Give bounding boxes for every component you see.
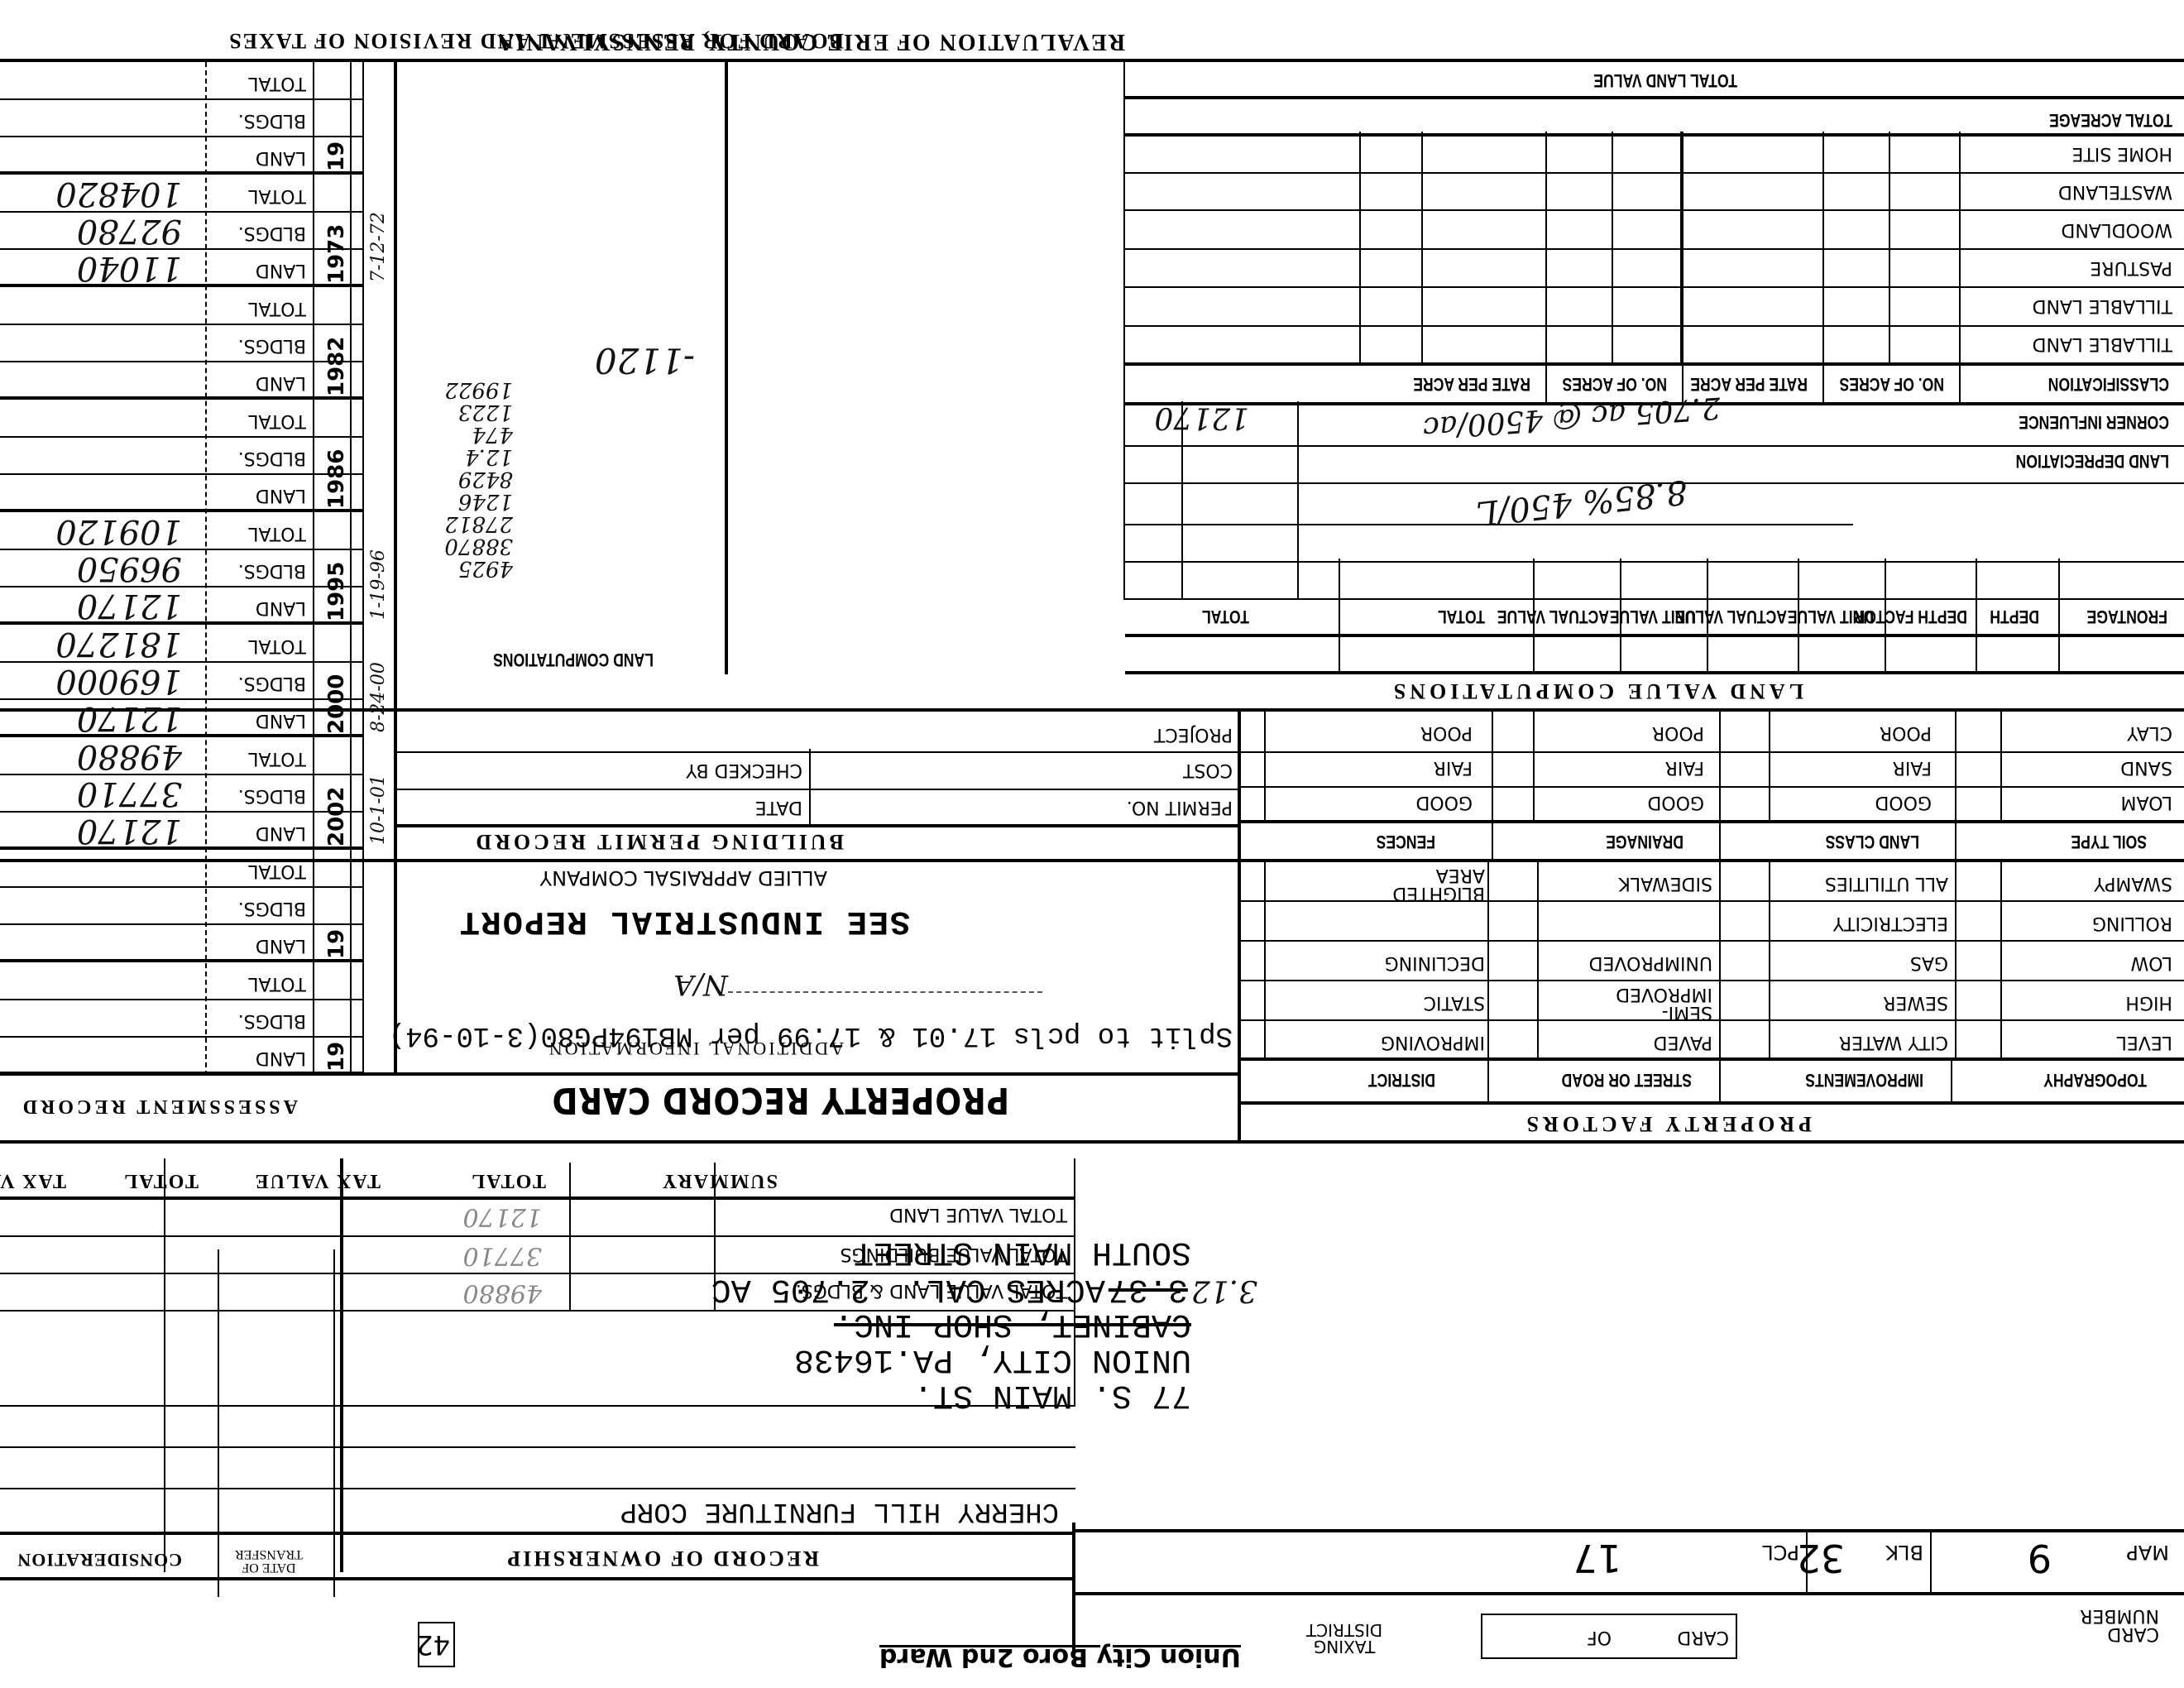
assessment-year: 1982: [324, 337, 349, 396]
address-line-2: 3.12 3.37 ACRES CAL. 2.705 AC: [711, 1270, 1257, 1307]
no-of-acres-header-1: NO. OF ACRES: [1840, 373, 1944, 395]
assessment-row-label-bldgs: BLDGS.: [238, 335, 306, 356]
drainage-header: DRAINAGE: [1606, 831, 1683, 852]
district-blighted-area: BLIGHTED AREA: [1369, 866, 1485, 902]
assessment-row-label-land: LAND: [256, 935, 306, 956]
see-industrial-report-stamp: SEE INDUSTRIAL REPORT: [458, 902, 910, 939]
pcl-label: PCL: [1762, 1541, 1799, 1564]
row-pasture: PASTURE: [2090, 257, 2172, 278]
assessment-value-land: 12170: [77, 587, 182, 625]
summary-row-land: TOTAL VALUE LAND: [889, 1204, 1067, 1225]
land-computations-title: LAND COMPUTATIONS: [493, 649, 654, 670]
assessment-row-label-land: LAND: [256, 260, 306, 281]
street-sidewalk: SIDEWALK: [1618, 873, 1712, 894]
district-improving: IMPROVING: [1381, 1032, 1485, 1053]
col-actual-value-2: ACTUAL VALUE: [1497, 606, 1609, 627]
project-label: PROJECT: [1154, 724, 1233, 745]
taxing-district-value: Union City Boro 2nd Ward: [879, 1642, 1241, 1671]
topo-swampy: SWAMPY: [2094, 873, 2172, 894]
assessment-value-land: 12170: [77, 812, 182, 850]
summary-val-land: 12170: [463, 1202, 542, 1231]
assessment-row-label-total: TOTAL: [248, 523, 306, 544]
hw-land-total: 12170: [1154, 400, 1249, 434]
assessment-value-land: 11040: [77, 249, 182, 287]
summary-val-land-bldgs: 49880: [463, 1278, 542, 1307]
card-label: CARD: [1677, 1627, 1729, 1647]
assessment-row-label-land: LAND: [256, 1048, 306, 1068]
assessment-row-label-total: TOTAL: [248, 73, 306, 94]
consideration-label: CONSIDERATION: [17, 1549, 182, 1571]
assessment-value-bldgs: 92780: [77, 212, 182, 250]
district-code-box: 42: [418, 1622, 455, 1667]
assessment-row-label-bldgs: BLDGS.: [238, 110, 306, 131]
assessment-record-title: ASSESSMENT RECORD: [20, 1095, 298, 1117]
assessment-row-label-land: LAND: [256, 822, 306, 843]
imp-sewer: SEWER: [1883, 992, 1948, 1013]
land-value-computations-title: LAND VALUE COMPUTATIONS: [1390, 679, 1803, 703]
row-tillable-land-1: TILLABLE LAND: [2033, 295, 2172, 316]
address-line-1: SOUTH MAIN STREET: [854, 1233, 1191, 1270]
district-code: 42: [416, 1629, 450, 1661]
soil-loam: LOAM: [2121, 792, 2172, 813]
assessment-row-label-total: TOTAL: [248, 410, 306, 431]
district-declining: DECLINING: [1385, 952, 1485, 973]
topo-level: LEVEL: [2117, 1032, 2172, 1053]
assessment-row-label-total: TOTAL: [248, 185, 306, 206]
permit-no-label: PERMIT NO.: [1127, 797, 1233, 818]
street-semi-improved: SEMI-IMPROVED: [1580, 985, 1712, 1021]
assessment-row-label-land: LAND: [256, 485, 306, 506]
acres-calculated: 2.705 AC: [711, 1270, 870, 1307]
address-line-3-struck: CABINET, SHOP INC.: [834, 1305, 1191, 1342]
assessment-row-label-bldgs: BLDGS.: [238, 223, 306, 243]
assessment-row-label-total: TOTAL: [248, 861, 306, 881]
assessment-row-label-bldgs: BLDGS.: [238, 785, 306, 806]
assessment-value-bldgs: 37710: [77, 774, 182, 813]
fences-header: FENCES: [1377, 831, 1435, 852]
building-permit-title: BUILDING PERMIT RECORD: [472, 829, 844, 854]
assessment-row-label-bldgs: BLDGS.: [238, 448, 306, 468]
acres-struck: 3.37: [1109, 1270, 1188, 1307]
date-of-transfer-label: DATE OF TRANSFER: [215, 1547, 323, 1574]
assessment-value-bldgs: 96950: [77, 549, 182, 587]
imp-electricity: ELECTRICITY: [1833, 913, 1948, 933]
improvements-header: IMPROVEMENTS: [1805, 1069, 1923, 1091]
assessment-year: 2002: [324, 787, 349, 846]
address-line-5: 77 S. MAIN ST.: [913, 1376, 1191, 1413]
assessment-row-label-bldgs: BLDGS.: [238, 898, 306, 918]
col-total-2: TOTAL: [1202, 606, 1249, 627]
landclass-good: GOOD: [1875, 792, 1932, 813]
col-total-1: TOTAL: [1438, 606, 1485, 627]
assessment-year: 1986: [324, 449, 349, 509]
assessment-value-total: 109120: [55, 512, 182, 550]
header-title-right: BOARD FOR ASSESSMENT AND REVISION OF TAX…: [227, 28, 844, 53]
assessment-value-total: 181270: [55, 625, 182, 663]
map-value: 9: [2028, 1536, 2052, 1580]
hw-land-comp-lines: 4925 38870 27812 1246 8429 12.4 474 1223…: [414, 378, 513, 579]
col-depth: DEPTH: [1990, 606, 2039, 627]
blk-label: BLK: [1885, 1541, 1923, 1564]
address-line-4: UNION CITY, PA.16438: [794, 1340, 1191, 1378]
assessment-date-note: 8-24-00: [368, 662, 389, 732]
drainage-fair: FAIR: [1665, 757, 1704, 778]
owner-1: CHERRY HILL FURNITURE CORP: [620, 1495, 1060, 1527]
topography-header: TOPOGRAPHY: [2043, 1069, 2147, 1091]
row-home-site: HOME SITE: [2071, 143, 2172, 164]
row-total-acreage: TOTAL ACREAGE: [2049, 109, 2172, 131]
soil-type-header: SOIL TYPE: [2071, 831, 2147, 852]
street-unimproved: UNIMPROVED: [1589, 952, 1712, 973]
pcl-value: 17: [1573, 1536, 1621, 1580]
assessment-row-label-land: LAND: [256, 710, 306, 731]
fences-fair: FAIR: [1434, 757, 1473, 778]
cost-label: COST: [1183, 760, 1233, 780]
row-woodland: WOODLAND: [2061, 219, 2172, 240]
drainage-poor: POOR: [1652, 722, 1704, 743]
rate-per-acre-header-2: RATE PER ACRE: [1413, 373, 1530, 395]
col-unit-value-2: UNIT VALUE: [1610, 606, 1696, 627]
assessment-year: 1995: [324, 562, 349, 621]
assessment-row-label-bldgs: BLDGS.: [238, 1010, 306, 1031]
topo-low: LOW: [2130, 952, 2172, 973]
assessment-year: 19: [324, 929, 349, 959]
drainage-good: GOOD: [1647, 792, 1704, 813]
appraisal-company: ALLIED APPRAISAL COMPANY: [540, 866, 828, 890]
imp-gas: GAS: [1910, 952, 1948, 973]
summary-col-total-2: TOTAL: [122, 1169, 199, 1192]
map-label: MAP: [2126, 1541, 2169, 1564]
of-label: OF: [1587, 1627, 1612, 1647]
assessment-year: 2000: [324, 674, 349, 734]
no-of-acres-header-2: NO. OF ACRES: [1563, 373, 1667, 395]
classification-header: CLASSIFICATION: [2048, 373, 2169, 395]
land-class-header: LAND CLASS: [1826, 831, 1919, 852]
assessment-value-land: 12170: [77, 699, 182, 737]
district-header: DISTRICT: [1368, 1069, 1435, 1091]
summary-col-tax-value-1: TAX VALUE: [254, 1169, 381, 1192]
date-label: DATE: [755, 797, 802, 818]
assessment-value-total: 49880: [77, 737, 182, 775]
assessment-year: 19: [324, 141, 349, 171]
imp-all-utilities: ALL UTILITIES: [1825, 873, 1948, 894]
assessment-row-label-bldgs: BLDGS.: [238, 560, 306, 581]
imp-city-water: CITY WATER: [1839, 1032, 1948, 1053]
summary-col-total-1: TOTAL: [470, 1169, 546, 1192]
corner-influence-label: CORNER INFLUENCE: [2019, 411, 2169, 433]
assessment-row-label-total: TOTAL: [248, 748, 306, 769]
landclass-poor: POOR: [1880, 722, 1932, 743]
summary-title: SUMMARY: [661, 1169, 778, 1192]
hw-na-note: N/A: [673, 968, 728, 1001]
total-land-value-title: TOTAL LAND VALUE: [1593, 70, 1737, 91]
assessment-row-label-bldgs: BLDGS.: [238, 673, 306, 693]
taxing-district-label: TAXING DISTRICT: [1299, 1622, 1390, 1655]
district-static: STATIC: [1424, 992, 1485, 1013]
property-record-card-title: PROPERTY RECORD CARD: [552, 1079, 1009, 1121]
topo-high: HIGH: [2125, 992, 2172, 1013]
landclass-fair: FAIR: [1893, 757, 1932, 778]
summary-val-buildings: 37710: [463, 1241, 542, 1270]
blk-value: 32: [1796, 1536, 1845, 1580]
assessment-row-label-total: TOTAL: [248, 298, 306, 319]
assessment-value-total: 104820: [55, 175, 182, 213]
soil-clay: CLAY: [2127, 722, 2172, 743]
assessment-date-note: 7-12-72: [368, 212, 389, 282]
assessment-row-label-land: LAND: [256, 597, 306, 618]
summary-col-tax-value-2: TAX VALUE: [0, 1169, 66, 1192]
checked-by-label: CHECKED BY: [686, 760, 802, 780]
street-or-road-header: STREET OR ROAD: [1562, 1069, 1692, 1091]
hw-acres-corrected: 3.12: [1191, 1273, 1257, 1307]
assessment-year: 1973: [324, 224, 349, 284]
split-parcel-note: Split to pcls 17.01 & 17.99 per MB194PG8…: [389, 1019, 1233, 1051]
hw-acreage-calc: 2.705 ac @ 4500/ac: [1422, 390, 1722, 444]
assessment-row-label-total: TOTAL: [248, 635, 306, 656]
ownership-title: RECORD OF OWNERSHIP: [505, 1546, 819, 1571]
fences-good: GOOD: [1415, 792, 1473, 813]
street-paved: PAVED: [1654, 1032, 1712, 1053]
assessment-row-label-land: LAND: [256, 147, 306, 168]
soil-sand: SAND: [2120, 757, 2172, 778]
hw-land-comp-main: -1120: [595, 340, 695, 381]
card-of-box: CARD OF: [1481, 1614, 1737, 1659]
fences-poor: POOR: [1420, 722, 1473, 743]
property-record-card: REVALUATION OF ERIE COUNTY, PENNSYLVANIA…: [0, 0, 2184, 1688]
card-number-label: CARD NUMBER: [2068, 1606, 2159, 1642]
row-wasteland: WASTELAND: [2058, 181, 2172, 202]
assessment-row-label-total: TOTAL: [248, 973, 306, 994]
col-unit-value-1: UNIT VALUE: [1788, 606, 1874, 627]
topo-rolling: ROLLING: [2092, 913, 2172, 933]
assessment-row-label-land: LAND: [256, 372, 306, 393]
land-depreciation-label: LAND DEPRECIATION: [2016, 450, 2169, 472]
row-tillable-land-2: TILLABLE LAND: [2033, 333, 2172, 354]
assessment-value-bldgs: 169000: [55, 662, 182, 700]
assessment-year: 19: [324, 1042, 349, 1072]
property-factors-title: PROPERTY FACTORS: [1523, 1111, 1812, 1136]
assessment-date-note: 10-1-01: [368, 774, 389, 845]
assessment-date-note: 1-19-96: [368, 549, 389, 620]
col-frontage: FRONTAGE: [2087, 606, 2167, 627]
